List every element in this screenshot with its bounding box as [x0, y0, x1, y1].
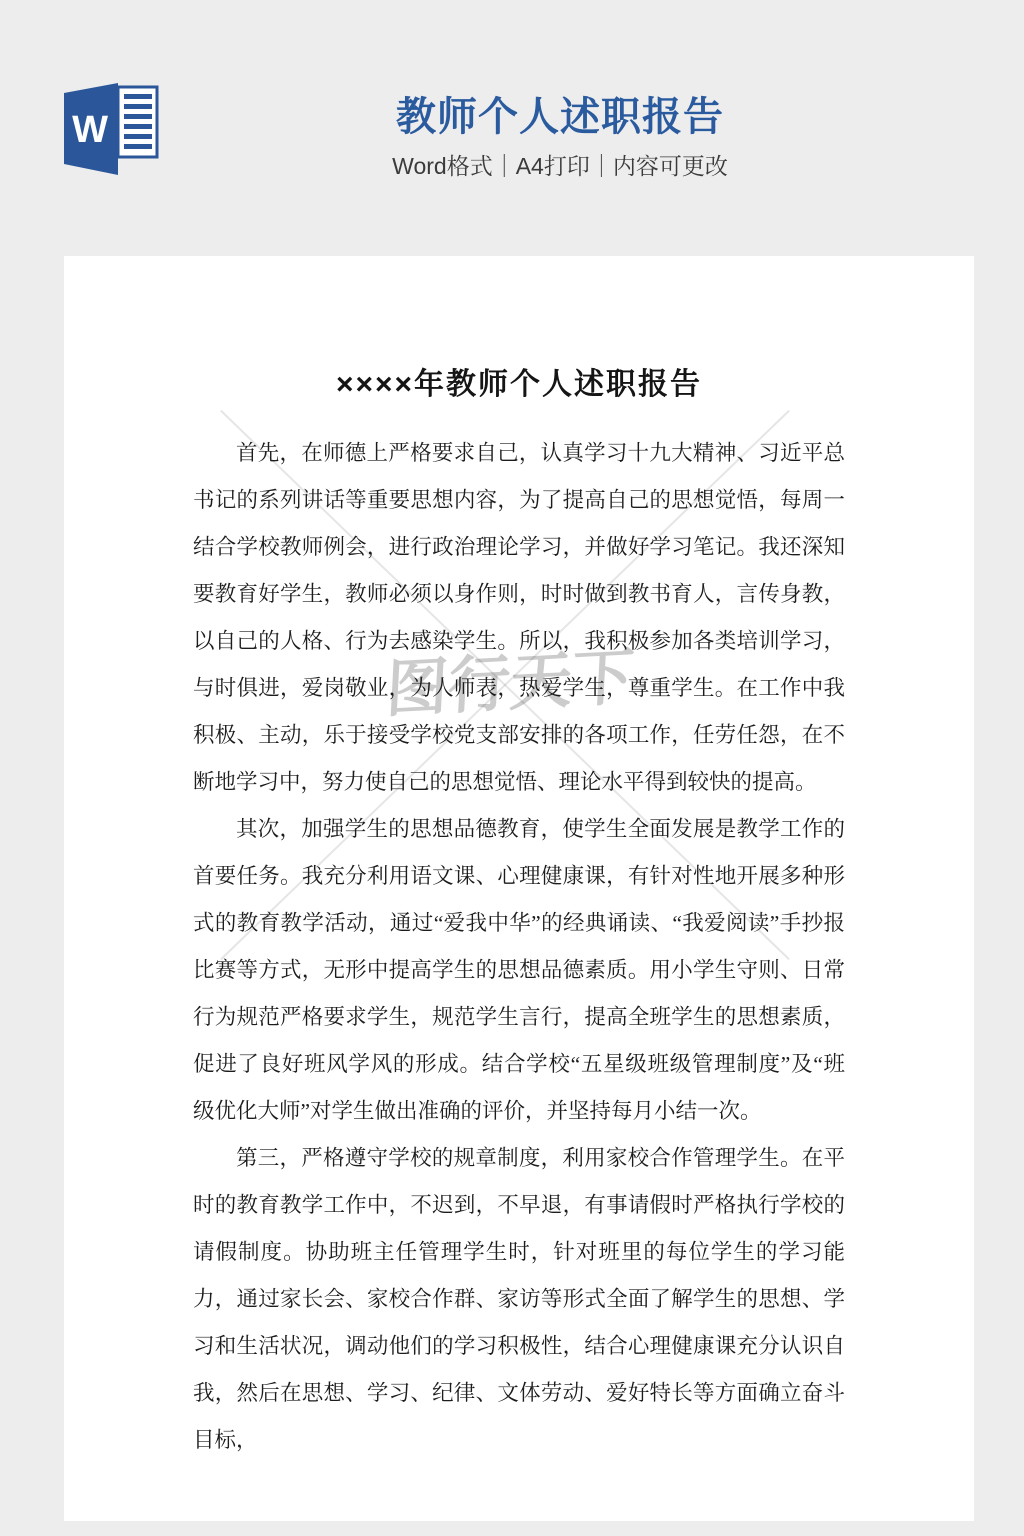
word-icon-graphic: W	[64, 83, 162, 178]
document-content: ××××年教师个人述职报告 首先，在师德上严格要求自己，认真学习十九大精神、习近…	[193, 256, 845, 1464]
document-title: ××××年教师个人述职报告	[193, 368, 845, 402]
document-paragraph-2: 其次，加强学生的思想品德教育，使学生全面发展是教学工作的首要任务。我充分利用语文…	[193, 806, 845, 1135]
template-subtitle: Word格式｜A4打印｜内容可更改	[160, 152, 960, 180]
document-body: 首先，在师德上严格要求自己，认真学习十九大精神、习近平总书记的系列讲话等重要思想…	[193, 430, 845, 1464]
template-preview-canvas: W 教师个人述职报告 Word格式｜A4打印｜内容可更改 图行天下 ××××年教…	[0, 0, 1024, 1536]
word-file-icon: W	[64, 83, 162, 178]
template-title: 教师个人述职报告	[160, 94, 960, 140]
svg-text:W: W	[72, 109, 108, 151]
document-paragraph-1: 首先，在师德上严格要求自己，认真学习十九大精神、习近平总书记的系列讲话等重要思想…	[193, 430, 845, 806]
header-text: 教师个人述职报告 Word格式｜A4打印｜内容可更改	[160, 94, 960, 180]
document-page: 图行天下 ××××年教师个人述职报告 首先，在师德上严格要求自己，认真学习十九大…	[64, 256, 974, 1521]
document-paragraph-3: 第三，严格遵守学校的规章制度，利用家校合作管理学生。在平时的教育教学工作中，不迟…	[193, 1135, 845, 1464]
